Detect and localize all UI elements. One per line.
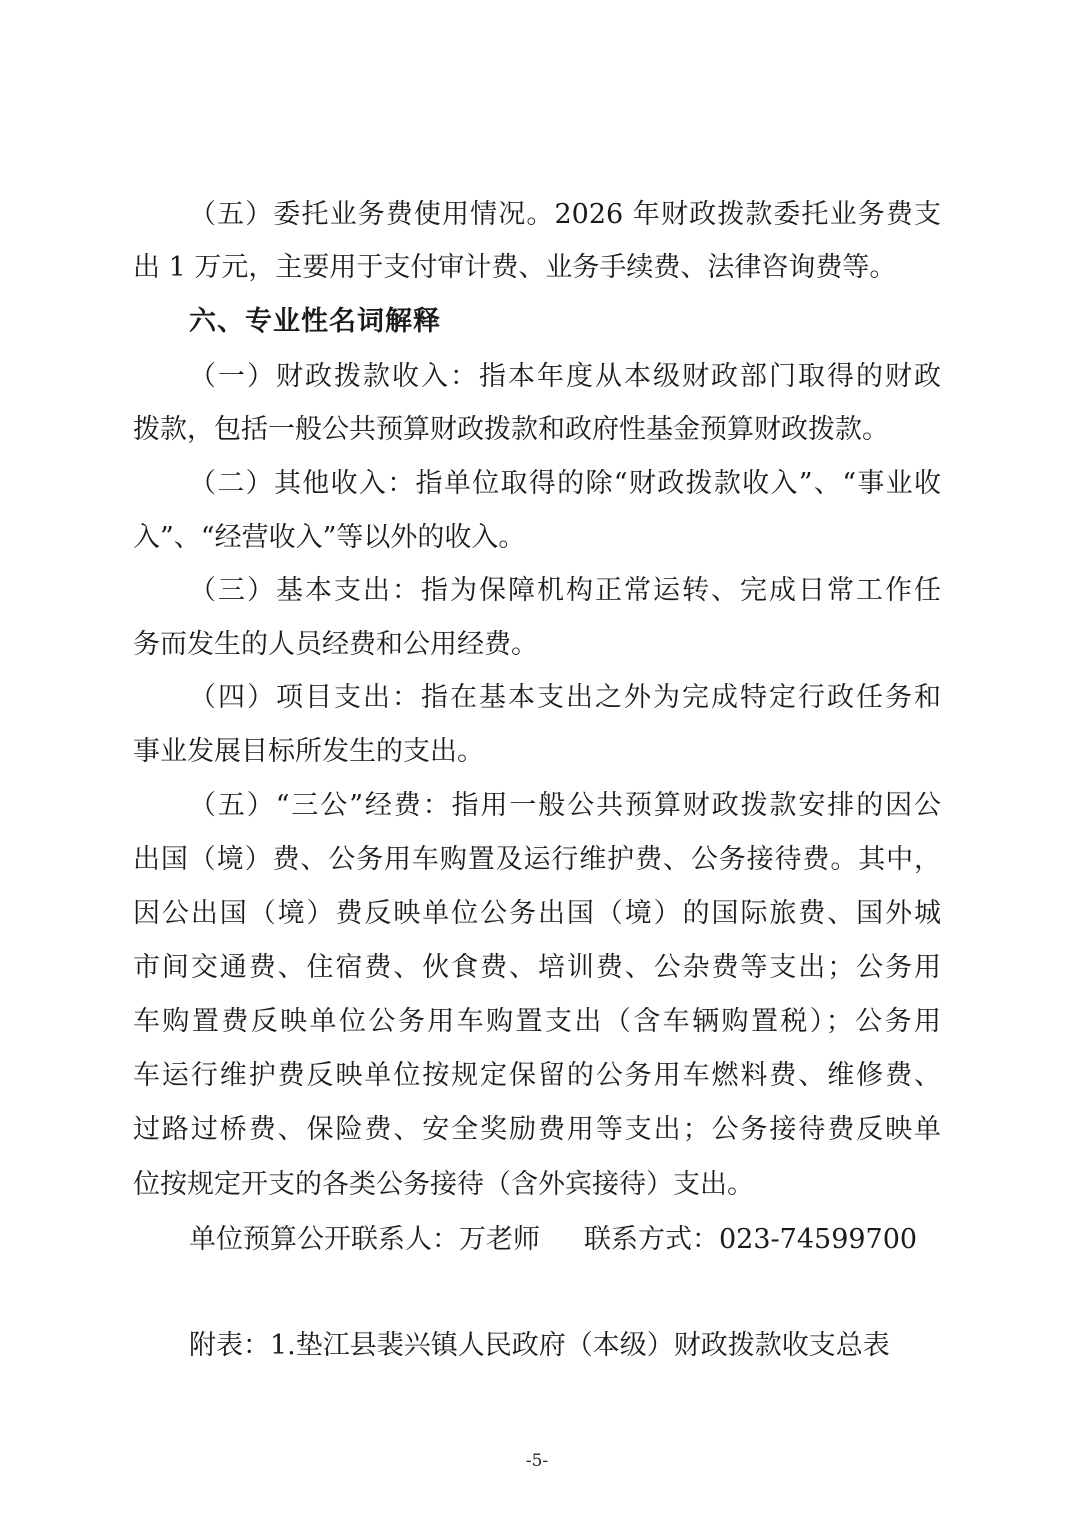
- paragraph-line: 出 1 万元，主要用于支付审计费、业务手续费、法律咨询费等。: [133, 248, 941, 288]
- paragraph-line: 务而发生的人员经费和公用经费。: [133, 625, 941, 665]
- attachment-line: 附表：1.垫江县裴兴镇人民政府（本级）财政拨款收支总表: [189, 1326, 890, 1366]
- paragraph-line: （五）委托业务费使用情况。2026 年财政拨款委托业务费支: [133, 195, 941, 235]
- contact-line: 单位预算公开联系人：万老师联系方式：023-74599700: [189, 1220, 917, 1260]
- section-heading: 六、专业性名词解释: [189, 302, 441, 342]
- page-number: -5-: [0, 1449, 1074, 1473]
- paragraph-line: （一）财政拨款收入：指本年度从本级财政部门取得的财政: [133, 357, 941, 397]
- paragraph-line: 位按规定开支的各类公务接待（含外宾接待）支出。: [133, 1165, 941, 1205]
- paragraph-line: （三）基本支出：指为保障机构正常运转、完成日常工作任: [133, 571, 941, 611]
- paragraph-line: 过路过桥费、保险费、安全奖励费用等支出；公务接待费反映单: [133, 1110, 941, 1150]
- document-page: （五）委托业务费使用情况。2026 年财政拨款委托业务费支 出 1 万元，主要用…: [0, 0, 1074, 1520]
- paragraph-line: （二）其他收入：指单位取得的除“财政拨款收入”、“事业收: [133, 464, 941, 504]
- paragraph-line: （五）“三公”经费：指用一般公共预算财政拨款安排的因公: [133, 786, 941, 826]
- paragraph-line: 入”、“经营收入”等以外的收入。: [133, 518, 941, 558]
- paragraph-line: 拨款，包括一般公共预算财政拨款和政府性基金预算财政拨款。: [133, 410, 941, 450]
- contact-phone: 联系方式：023-74599700: [584, 1224, 917, 1255]
- paragraph-line: 事业发展目标所发生的支出。: [133, 732, 941, 772]
- paragraph-line: 市间交通费、住宿费、伙食费、培训费、公杂费等支出；公务用: [133, 948, 941, 988]
- paragraph-line: 出国（境）费、公务用车购置及运行维护费、公务接待费。其中，: [133, 840, 941, 880]
- paragraph-line: 车运行维护费反映单位按规定保留的公务用车燃料费、维修费、: [133, 1056, 941, 1096]
- contact-person: 单位预算公开联系人：万老师: [189, 1224, 540, 1255]
- paragraph-line: （四）项目支出：指在基本支出之外为完成特定行政任务和: [133, 678, 941, 718]
- paragraph-line: 车购置费反映单位公务用车购置支出（含车辆购置税）；公务用: [133, 1002, 941, 1042]
- paragraph-line: 因公出国（境）费反映单位公务出国（境）的国际旅费、国外城: [133, 894, 941, 934]
